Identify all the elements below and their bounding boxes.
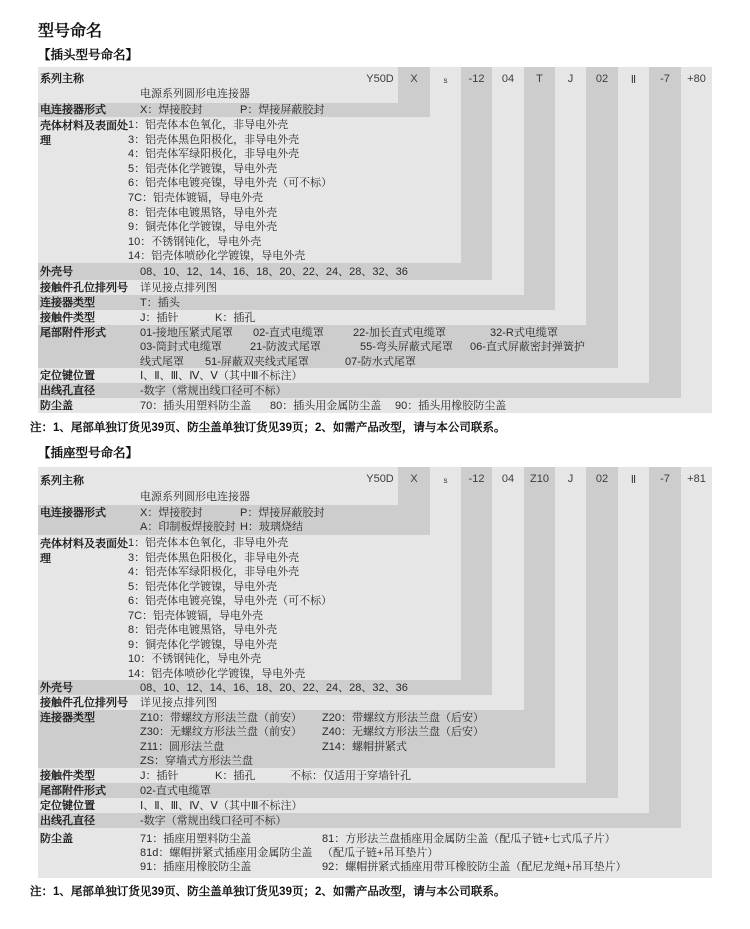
socket-note: 注：1、尾部单独订货见39页、防尘盖单独订货见39页；2、如需产品改型，请与本公… [30,883,505,899]
tail-item: 07-防水式尾罩 [345,356,416,369]
code-contact-type: J [555,73,586,85]
stripe-cap [681,467,712,878]
code-shell: s [430,476,461,485]
contact-type-item: 不标：仅适用于穿墙针孔 [290,770,411,783]
arrangement-label: 接触件孔位排列号 [40,697,128,710]
tail-item: 51-屏蔽双夹线式尾罩 [205,356,309,369]
code-cap: +81 [681,473,712,485]
tail-item: 21-防波式尾罩 [250,341,321,354]
shell-options: 1：铝壳体本色氧化，非导电外壳 3：铝壳体黑色阳极化，非导电外壳 4：铝壳体军绿… [128,536,332,681]
shell-option: 4：铝壳体军绿阳极化，非导电外壳 [128,147,332,162]
cap-item: 91：插座用橡胶防尘盖 [140,861,251,874]
arrangement-value: 详见接点排列图 [140,697,217,710]
shell-option: 6：铝壳体电镀亮镍，导电外壳（可不标） [128,594,332,609]
series-label: 系列主称 [40,73,84,86]
arrangement-label: 接触件孔位排列号 [40,282,128,295]
shell-option: 10：不锈钢钝化，导电外壳 [128,652,332,667]
contact-type-item: J：插针 [140,770,179,783]
wire-label: 出线孔直径 [40,815,95,828]
series-desc: 电源系列圆形电连接器 [140,88,250,101]
cap-item: 80：插头用金属防尘盖 [270,400,381,413]
connector-type-label: 连接器类型 [40,297,95,310]
code-connector-type: T [524,73,555,85]
code-arrangement: 04 [492,73,524,85]
form-item: P：焊接屏蔽胶封 [240,507,324,520]
band-connector-type [38,295,555,310]
code-key: Ⅱ [618,73,649,86]
contact-type-label: 接触件类型 [40,312,95,325]
form-item: P：焊接屏蔽胶封 [240,104,324,117]
contact-type-label: 接触件类型 [40,770,95,783]
shell-option: 3：铝壳体黑色阳极化，非导电外壳 [128,551,332,566]
plug-note: 注：1、尾部单独订货见39页、防尘盖单独订货见39页；2、如需产品改型，请与本公… [30,419,505,435]
stripe-size [461,67,492,280]
stripe-arrangement [492,467,524,710]
key-label: 定位键位置 [40,370,95,383]
form-label: 电连接器形式 [40,104,106,117]
page-title: 型号命名 [38,18,102,41]
code-connector-type: Z10 [524,473,555,485]
size-label: 外壳号 [40,266,73,279]
stripe-tail [586,467,618,798]
plug-naming-table: Y50D X s -12 04 T J 02 Ⅱ -7 +80 系列主称 电源系… [38,67,712,413]
size-label: 外壳号 [40,682,73,695]
code-contact-type: J [555,473,586,485]
shell-option: 7C：铝壳体镀镉，导电外壳 [128,609,332,624]
stripe-connector-type [524,67,555,310]
shell-option: 1：铝壳体本色氧化，非导电外壳 [128,118,332,133]
shell-option: 1：铝壳体本色氧化，非导电外壳 [128,536,332,551]
band-contact-type [38,310,586,325]
code-cap: +80 [681,73,712,85]
code-tail: 02 [586,473,618,485]
connector-type-item: Z11：圆形法兰盘 [140,741,224,754]
shell-option: 9：铜壳体化学镀镍，导电外壳 [128,638,332,653]
connector-type-item: Z20：带螺纹方形法兰盘（后安） [322,712,484,725]
tail-item: 01-接地压紧式尾罩 [140,327,233,340]
tail-item: 02-直式电缆罩 [253,327,324,340]
cap-item: （配瓜子链+吊耳垫片） [322,847,438,860]
shell-option: 8：铝壳体电镀黑铬，导电外壳 [128,206,332,221]
stripe-cap [681,67,712,413]
wire-label: 出线孔直径 [40,385,95,398]
cap-item: 81：方形法兰盘插座用金属防尘盖（配瓜子链+七式瓜子片） [322,833,616,846]
shell-option: 7C：铝壳体镀镉，导电外壳 [128,191,332,206]
tail-item: 22-加长直式电缆罩 [353,327,446,340]
shell-option: 10：不锈钢钝化，导电外壳 [128,235,332,250]
connector-type-item: Z30：无螺纹方形法兰盘（前安） [140,726,302,739]
shell-option: 5：铝壳体化学镀镍，导电外壳 [128,162,332,177]
band-wire [38,383,681,398]
tail-item: 线式尾罩 [140,356,184,369]
code-form: X [398,73,430,85]
connector-type-label: 连接器类型 [40,712,95,725]
code-key: Ⅱ [618,473,649,486]
shell-option: 5：铝壳体化学镀镍，导电外壳 [128,580,332,595]
stripe-wire [649,67,681,398]
connector-type-item: Z14：螺帽拼紧式 [322,741,407,754]
cap-item: 71：插座用塑料防尘盖 [140,833,251,846]
tail-label: 尾部附件形式 [40,785,106,798]
stripe-shell [430,467,461,680]
band-wire [38,813,681,828]
cap-item: 81d：螺帽拼紧式插座用金属防尘盖 [140,847,312,860]
shell-option: 4：铝壳体军绿阳极化，非导电外壳 [128,565,332,580]
connector-type-item: Z10：带螺纹方形法兰盘（前安） [140,712,302,725]
tail-label: 尾部附件形式 [40,327,106,340]
connector-type-value: T：插头 [140,297,180,310]
wire-value: -数字（常规出线口径可不标） [140,815,287,828]
connector-type-item: ZS：穿墙式方形法兰盘 [140,755,253,768]
key-value: Ⅰ、Ⅱ、Ⅲ、Ⅳ、Ⅴ（其中Ⅲ不标注） [140,800,303,813]
contact-type-item: J：插针 [140,312,179,325]
datasheet-page: 型号命名 【插头型号命名】 Y50D X s -12 04 T J 02 [0,0,750,929]
code-wire: -7 [649,73,681,85]
cap-item: 90：插头用橡胶防尘盖 [395,400,506,413]
code-shell: s [430,76,461,85]
form-item: X：焊接胶封 [140,104,202,117]
shell-options: 1：铝壳体本色氧化，非导电外壳 3：铝壳体黑色阳极化，非导电外壳 4：铝壳体军绿… [128,118,332,264]
cap-label: 防尘盖 [40,833,73,846]
tail-item: 55-弯头屏蔽式尾罩 [360,341,453,354]
shell-label: 壳体材料及表面处理 [40,537,136,566]
wire-value: -数字（常规出线口径可不标） [140,385,287,398]
socket-naming-table: Y50D X s -12 04 Z10 J 02 Ⅱ -7 +81 系列主称 电… [38,467,712,878]
stripe-key [618,67,649,383]
code-model: Y50D [362,73,398,85]
band-key [38,798,649,813]
key-value: Ⅰ、Ⅱ、Ⅲ、Ⅳ、Ⅴ（其中Ⅲ不标注） [140,370,303,383]
stripe-contact-type [555,467,586,783]
size-value: 08、10、12、14、16、18、20、22、24、28、32、36 [140,682,408,695]
stripe-size [461,467,492,695]
form-item: H：玻璃烧结 [240,521,303,534]
form-item: X：焊接胶封 [140,507,202,520]
tail-item: 06-直式屏蔽密封弹簧护 [470,341,585,354]
series-label: 系列主称 [40,475,84,488]
stripe-connector-type [524,467,555,768]
series-desc: 电源系列圆形电连接器 [140,491,250,504]
cap-item: 92：螺帽拼紧式插座用带耳橡胶防尘盖（配尼龙绳+吊耳垫片） [322,861,627,874]
shell-label: 壳体材料及表面处理 [40,119,136,148]
shell-option: 14：铝壳体喷砂化学镀镍，导电外壳 [128,667,332,682]
code-tail: 02 [586,73,618,85]
size-value: 08、10、12、14、16、18、20、22、24、28、32、36 [140,266,408,279]
shell-option: 9：铜壳体化学镀镍，导电外壳 [128,220,332,235]
band-key [38,368,649,383]
contact-type-item: K：插孔 [215,770,255,783]
contact-type-item: K：插孔 [215,312,255,325]
shell-option: 3：铝壳体黑色阳极化，非导电外壳 [128,133,332,148]
cap-item: 70：插头用塑料防尘盖 [140,400,251,413]
stripe-wire [649,467,681,828]
shell-option: 6：铝壳体电镀亮镍，导电外壳（可不标） [128,176,332,191]
connector-type-item: Z40：无螺纹方形法兰盘（后安） [322,726,484,739]
tail-item: 03-筒封式电缆罩 [140,341,222,354]
stripe-key [618,467,649,813]
shell-option: 8：铝壳体电镀黑铬，导电外壳 [128,623,332,638]
shell-option: 14：铝壳体喷砂化学镀镍，导电外壳 [128,249,332,264]
stripe-contact-type [555,67,586,325]
code-wire: -7 [649,473,681,485]
tail-value: 02-直式电缆罩 [140,785,211,798]
code-size: -12 [461,473,492,485]
form-label: 电连接器形式 [40,507,106,520]
stripe-shell [430,67,461,263]
code-form: X [398,473,430,485]
plug-section-heading: 【插头型号命名】 [38,45,138,63]
code-model: Y50D [362,473,398,485]
stripe-tail [586,67,618,368]
arrangement-value: 详见接点排列图 [140,282,217,295]
band-tail [38,783,618,798]
socket-section-heading: 【插座型号命名】 [38,443,138,461]
cap-label: 防尘盖 [40,400,73,413]
tail-item: 32-R式电缆罩 [490,327,558,340]
form-item: A：印制板焊接胶封 [140,521,235,534]
code-size: -12 [461,73,492,85]
code-arrangement: 04 [492,473,524,485]
key-label: 定位键位置 [40,800,95,813]
stripe-arrangement [492,67,524,295]
